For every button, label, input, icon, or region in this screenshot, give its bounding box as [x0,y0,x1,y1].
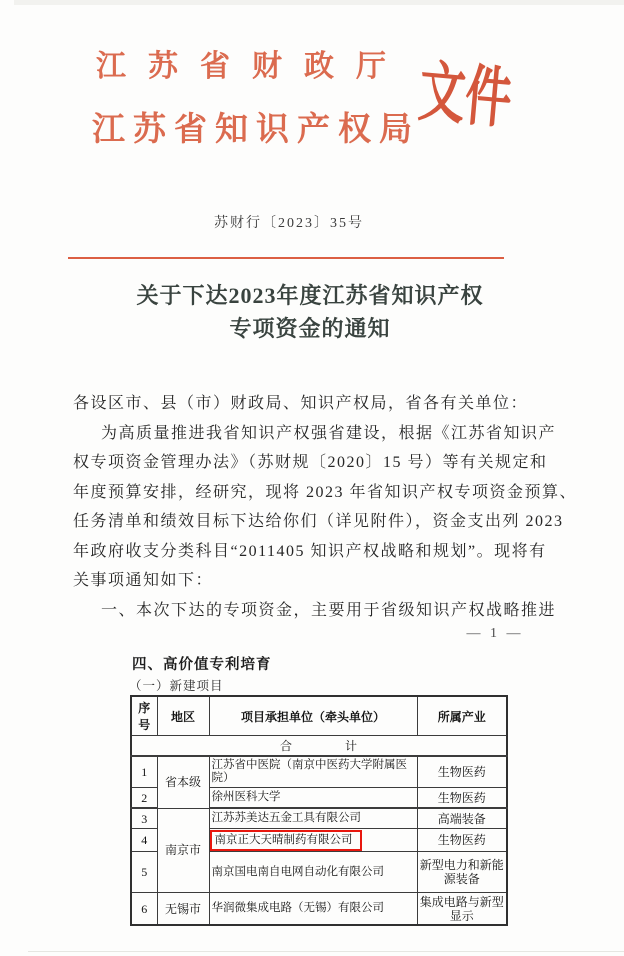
table-row: 6 无锡市 华润微集成电路（无锡）有限公司 集成电路与新型显示 [131,893,507,926]
row-industry: 生物医药 [417,829,507,852]
scan-artifact-bottom [28,951,624,952]
row-no: 4 [131,829,157,852]
red-highlight-box: 南京正大天晴制药有限公司 [210,830,362,851]
letterhead-org-ip-office: 江苏省知识产权局 [92,111,420,149]
document-title-line2: 专项资金的通知 [10,312,610,345]
table-row: 1 省本级 江苏省中医院（南京中医药大学附属医院） 生物医药 [131,756,507,788]
body-line: 为高质量推进我省知识产权强省建设，根据《江苏省知识产 [73,419,555,449]
table-total-row: 合 计 [131,736,507,757]
row-industry: 新型电力和新能源装备 [417,852,507,893]
letterhead-divider-rule [68,257,504,259]
table-row: 3 南京市 江苏苏美达五金工具有限公司 高端装备 [131,808,507,829]
row-industry: 集成电路与新型显示 [417,893,507,926]
column-header-unit: 项目承担单位（牵头单位） [209,696,417,736]
row-industry: 生物医药 [417,788,507,809]
row-no: 3 [131,808,157,829]
column-header-region: 地区 [157,696,209,736]
row-no: 1 [131,756,157,788]
section-heading-patent-cultivation: 四、高价值专利培育 [132,653,272,674]
body-line: 年政府收支分类科目“2011405 知识产权战略和规划”。现将有 [73,537,555,567]
row-unit: 南京正大天晴制药有限公司 [209,829,417,852]
document-title-line1: 关于下达2023年度江苏省知识产权 [10,279,610,312]
row-industry: 高端装备 [417,808,507,829]
body-line: 一、本次下达的专项资金，主要用于省级知识产权战略推进 [73,596,555,626]
document-body: 各设区市、县（市）财政局、知识产权局，省各有关单位： 为高质量推进我省知识产权强… [73,389,555,625]
total-label: 合 计 [131,736,507,757]
letterhead-org-finance: 江苏省财政厅 [96,50,408,84]
row-no: 6 [131,893,157,926]
subsection-heading-new-projects: （一）新建项目 [129,676,224,694]
row-unit: 江苏苏美达五金工具有限公司 [209,808,417,829]
row-unit: 江苏省中医院（南京中医药大学附属医院） [209,756,417,788]
page-number: — 1 — [420,626,570,642]
body-line: 任务清单和绩效目标下达给你们（详见附件），资金支出列 2023 [73,507,555,537]
document-title: 关于下达2023年度江苏省知识产权 专项资金的通知 [10,279,610,345]
body-line: 权专项资金管理办法》（苏财规〔2020〕15 号）等有关规定和 [73,448,555,478]
row-no: 2 [131,788,157,809]
row-no: 5 [131,852,157,893]
column-header-industry: 所属产业 [417,696,507,736]
row-region: 省本级 [157,756,209,808]
body-salutation: 各设区市、县（市）财政局、知识产权局，省各有关单位： [73,389,555,419]
row-region: 无锡市 [157,893,209,926]
body-line: 关事项通知如下： [73,566,555,596]
scan-artifact-top [14,0,624,5]
row-unit: 华润微集成电路（无锡）有限公司 [209,893,417,926]
document-number: 苏财行〔2023〕35号 [0,212,578,232]
table-header-row: 序号 地区 项目承担单位（牵头单位） 所属产业 [131,696,507,736]
row-industry: 生物医药 [417,756,507,788]
column-header-no: 序号 [131,696,157,736]
scanned-official-document: 江苏省财政厅 江苏省知识产权局 文件 苏财行〔2023〕35号 关于下达2023… [0,0,624,956]
row-unit: 徐州医科大学 [209,788,417,809]
row-region: 南京市 [157,808,209,893]
patent-projects-table: 序号 地区 项目承担单位（牵头单位） 所属产业 合 计 1 省本级 江苏省中医院… [130,695,508,926]
letterhead-doc-type: 文件 [416,60,514,134]
row-unit: 南京国电南自电网自动化有限公司 [209,852,417,893]
body-line: 年度预算安排，经研究，现将 2023 年省知识产权专项资金预算、 [73,478,555,508]
